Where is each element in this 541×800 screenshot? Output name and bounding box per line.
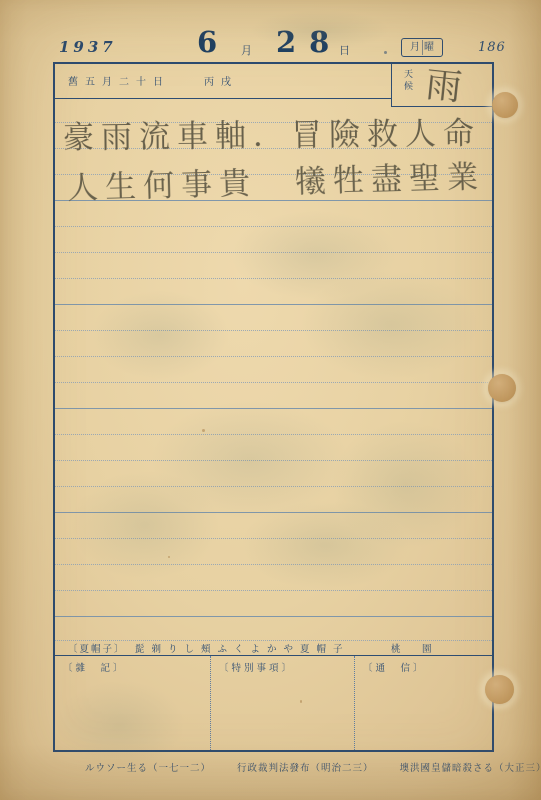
ruled-line	[55, 408, 492, 409]
ruled-line	[55, 616, 492, 617]
section-correspondence: 〔通 信〕	[354, 656, 492, 750]
season-word-label: 〔夏帽子〕	[68, 641, 126, 655]
weekday-box-divider	[422, 40, 423, 55]
section-misc: 〔雜 記〕	[55, 656, 210, 750]
ruled-line	[55, 564, 492, 565]
haiku-author: 桃 園	[391, 641, 438, 655]
handwritten-entry-line-1: 豪雨流車軸．冒險救人命	[63, 108, 481, 157]
ink-dot	[384, 51, 387, 54]
ruled-line	[55, 356, 492, 357]
ruled-line	[55, 304, 492, 305]
bottom-sections: 〔雜 記〕 〔特別事項〕 〔通 信〕	[55, 656, 492, 750]
diary-frame: 舊五月二十日 丙戌 天候 雨 豪雨流車軸．冒險救人命 人生何事貴 犧牲盡聖業 〔…	[53, 62, 494, 752]
ruled-line	[55, 590, 492, 591]
ruled-line	[55, 278, 492, 279]
day-number: 28	[276, 28, 342, 57]
month-number: 6	[197, 28, 217, 57]
section-special: 〔特別事項〕	[210, 656, 354, 750]
section-correspondence-label: 〔通 信〕	[363, 663, 426, 674]
ruled-line	[55, 226, 492, 227]
printed-haiku-row: 〔夏帽子〕 髭剃りし頰ふくよかや夏帽子 桃 園	[55, 638, 492, 655]
ruled-line	[55, 538, 492, 539]
ruled-line	[55, 486, 492, 487]
ruled-line	[55, 252, 492, 253]
page-number: 186	[478, 40, 506, 55]
ruled-line	[55, 434, 492, 435]
diary-page-scan: 1937 6 月 28 日 月曜 186 舊五月二十日 丙戌 天候 雨 豪雨流車…	[0, 0, 541, 800]
hole-punch-patch-top	[492, 92, 518, 118]
haiku-text: 髭剃りし頰ふくよかや夏帽子	[135, 641, 350, 655]
hole-punch-patch-middle	[488, 374, 516, 402]
weekday-label: 月曜	[410, 43, 438, 53]
weekday-badge: 月曜	[401, 38, 443, 57]
day-unit-label: 日	[339, 42, 350, 58]
section-misc-label: 〔雜 記〕	[63, 663, 126, 674]
year-label: 1937	[59, 38, 117, 56]
event-rousseau: ルウソー生る（一七一二）	[85, 760, 211, 774]
ruled-line	[55, 330, 492, 331]
event-assassination: 墺洪國皇儲暗殺さる（大正三）	[400, 760, 541, 774]
ruled-line	[55, 512, 492, 513]
ruled-line	[55, 460, 492, 461]
month-unit-label: 月	[241, 42, 252, 58]
historical-events-footer: ルウソー生る（一七一二） 行政裁判法發布（明治二三） 墺洪國皇儲暗殺さる（大正三…	[85, 760, 485, 774]
hole-punch-patch-bottom	[485, 675, 514, 704]
ruled-line	[55, 382, 492, 383]
event-administrative-law: 行政裁判法發布（明治二三）	[237, 760, 374, 774]
section-special-label: 〔特別事項〕	[219, 663, 294, 674]
